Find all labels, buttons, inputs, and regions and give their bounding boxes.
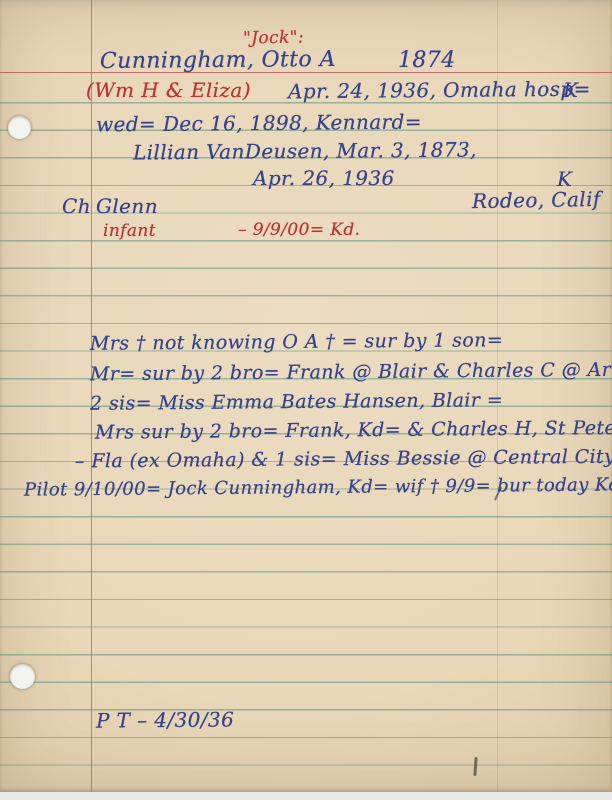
nickname-annotation: "Jock": bbox=[243, 29, 304, 47]
obit-note-line: Mrs † not knowing O A † = sur by 1 son= bbox=[90, 331, 503, 354]
child-name: Glenn bbox=[96, 196, 158, 216]
hole-punch-top bbox=[8, 116, 31, 139]
spouse-death-source-code: K bbox=[557, 169, 572, 189]
child-status-note: infant bbox=[103, 223, 156, 240]
spouse-line: Lillian VanDeusen, Mar. 3, 1873, bbox=[133, 139, 477, 162]
marriage-line: wed= Dec 16, 1898, Kennard= bbox=[96, 112, 422, 135]
scanned-genealogy-card: "Jock": Cunningham, Otto A 1874 (Wm H & … bbox=[0, 0, 612, 800]
obit-note-line: Pilot 9/10/00= Jock Cunningham, Kd= wif … bbox=[24, 476, 612, 499]
obit-note-line: 2 sis= Miss Emma Bates Hansen, Blair = bbox=[90, 391, 503, 414]
death-date: Apr. 24, 1936, Omaha hosp= bbox=[288, 79, 591, 102]
hole-punch-bottom bbox=[10, 664, 35, 689]
child-death-note: – 9/9/00= Kd. bbox=[238, 222, 360, 239]
scanner-background-strip bbox=[0, 792, 612, 800]
source-citation: P T – 4/30/36 bbox=[96, 709, 234, 730]
child-residence: Rodeo, Calif bbox=[472, 189, 601, 211]
children-label: Ch bbox=[62, 196, 91, 216]
spouse-death-date: Apr. 26, 1936 bbox=[253, 168, 395, 188]
obit-note-line: – Fla (ex Omaha) & 1 sis= Miss Bessie @ … bbox=[75, 448, 612, 472]
obit-note-line: Mr= sur by 2 bro= Frank @ Blair & Charle… bbox=[90, 361, 612, 385]
death-source-code: K bbox=[563, 80, 578, 100]
birth-year: 1874 bbox=[398, 50, 456, 72]
surname-heading: Cunningham, Otto A bbox=[100, 49, 336, 73]
obit-note-line: Mrs sur by 2 bro= Frank, Kd= & Charles H… bbox=[95, 418, 612, 442]
parents-note: (Wm H & Eliza) bbox=[86, 80, 251, 100]
